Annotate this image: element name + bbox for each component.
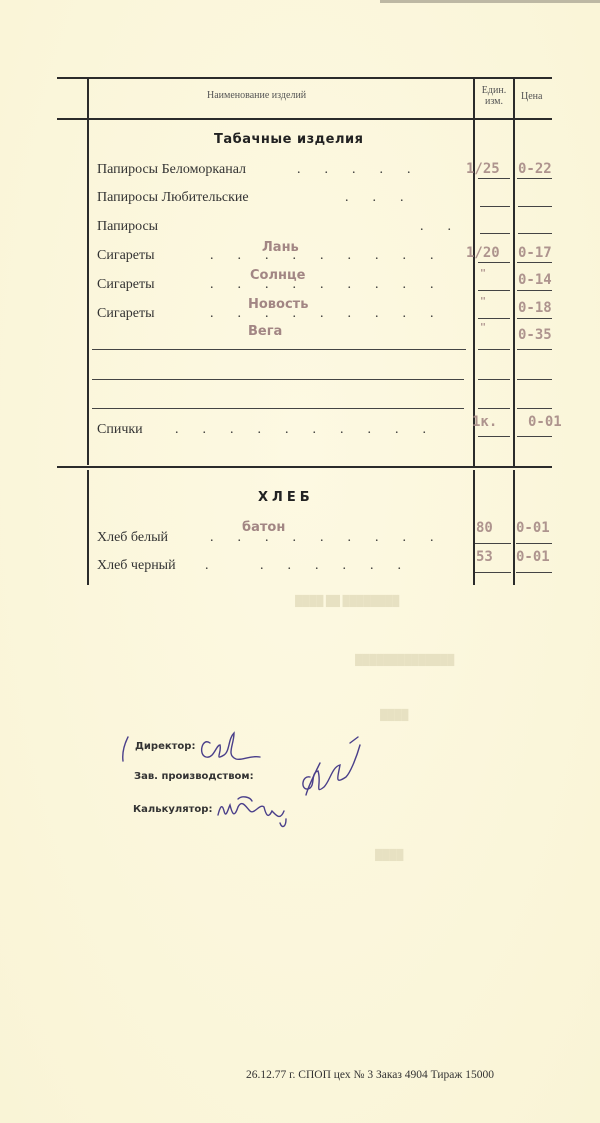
leader-dots: .........	[210, 530, 458, 546]
price-underline	[517, 318, 552, 319]
header-left-border	[87, 78, 89, 118]
item-unit: "	[480, 322, 486, 333]
unit-underline	[478, 262, 510, 263]
item-name: Папиросы	[97, 219, 158, 235]
section-title-tobacco: Табачные изделия	[214, 132, 363, 147]
unit-underline	[478, 408, 510, 409]
header-unit-line1: Един.	[482, 85, 506, 96]
header-bottom-rule	[57, 118, 552, 120]
item-price: 0-17	[518, 245, 552, 261]
price-underline	[517, 379, 552, 380]
item-variant-stamp: Вега	[248, 324, 282, 339]
price-underline	[517, 408, 552, 409]
unit-underline	[478, 318, 510, 319]
bleed-through-text: ████████ ██ ████	[295, 596, 399, 607]
leader-dots: .........	[210, 248, 458, 264]
bleed-through-text: ██████████████	[355, 655, 454, 666]
unit-column-border	[473, 78, 475, 466]
page-edge-shadow	[380, 0, 600, 3]
bread-price-border	[513, 470, 515, 585]
unit-underline	[475, 572, 511, 573]
bread-unit-border	[473, 470, 475, 585]
item-name-matches: Спички	[97, 422, 143, 438]
unit-underline	[480, 206, 510, 207]
leader-dots: ...	[345, 190, 428, 206]
bracket-mark	[123, 737, 128, 761]
price-underline	[517, 436, 552, 437]
leader-dots: . ......	[205, 558, 425, 574]
item-price: 0-18	[518, 300, 552, 316]
price-underline	[517, 178, 552, 179]
matches-unit: 1к.	[472, 414, 497, 430]
item-unit: "	[480, 268, 486, 279]
leader-dots: ..	[420, 219, 475, 235]
tobacco-bottom-rule	[57, 466, 552, 468]
bleed-through-text: ████	[375, 850, 403, 861]
leader-dots: .....	[297, 162, 435, 178]
price-underline	[516, 543, 552, 544]
price-column-border	[513, 78, 515, 466]
item-unit: 80	[476, 520, 493, 536]
unit-underline	[478, 178, 510, 179]
section-title-bread: ХЛЕБ	[258, 490, 314, 505]
item-name: Хлеб черный	[97, 558, 176, 574]
price-underline	[518, 206, 552, 207]
unit-underline	[478, 349, 510, 350]
empty-row-rule	[92, 349, 466, 350]
header-price-column: Цена	[521, 91, 542, 102]
item-price: 0-01	[516, 520, 550, 536]
matches-price: 0-01	[528, 414, 562, 430]
item-unit: 53	[476, 549, 493, 565]
item-name: Хлеб белый	[97, 530, 168, 546]
tobacco-left-border	[87, 120, 89, 465]
item-price: 0-14	[518, 272, 552, 288]
unit-underline	[478, 379, 510, 380]
unit-underline	[478, 290, 510, 291]
leader-dots: ..........	[175, 422, 450, 438]
price-underline	[517, 290, 552, 291]
item-name: Сигареты	[97, 306, 155, 322]
menu-card-page: Наименование изделий Един. изм. Цена Таб…	[0, 0, 600, 1123]
unit-underline	[480, 233, 510, 234]
header-unit-column: Един. изм.	[477, 85, 511, 107]
item-unit: 1/20	[466, 245, 500, 261]
price-underline	[517, 349, 552, 350]
leader-dots: .........	[210, 277, 458, 293]
header-name-column: Наименование изделий	[207, 90, 306, 101]
print-imprint: 26.12.77 г. СПОП цех № 3 Заказ 4904 Тира…	[246, 1069, 494, 1081]
item-name: Папиросы Беломорканал	[97, 162, 246, 178]
unit-underline	[478, 436, 510, 437]
table-top-rule	[57, 77, 552, 79]
price-underline	[517, 262, 552, 263]
empty-row-rule	[92, 379, 464, 380]
item-name: Папиросы Любительские	[97, 190, 249, 206]
item-unit: "	[480, 296, 486, 307]
leader-dots: .........	[210, 306, 458, 322]
bread-left-border	[87, 470, 89, 585]
empty-row-rule	[92, 408, 464, 409]
item-price: 0-01	[516, 549, 550, 565]
bleed-through-text: ████	[380, 710, 408, 721]
item-unit: 1/25	[466, 161, 500, 177]
unit-underline	[475, 543, 511, 544]
item-price: 0-22	[518, 161, 552, 177]
item-price: 0-35	[518, 327, 552, 343]
item-name: Сигареты	[97, 248, 155, 264]
handwritten-signatures	[110, 715, 370, 845]
item-name: Сигареты	[97, 277, 155, 293]
price-underline	[516, 572, 552, 573]
header-unit-line2: изм.	[485, 96, 503, 107]
price-underline	[518, 233, 552, 234]
